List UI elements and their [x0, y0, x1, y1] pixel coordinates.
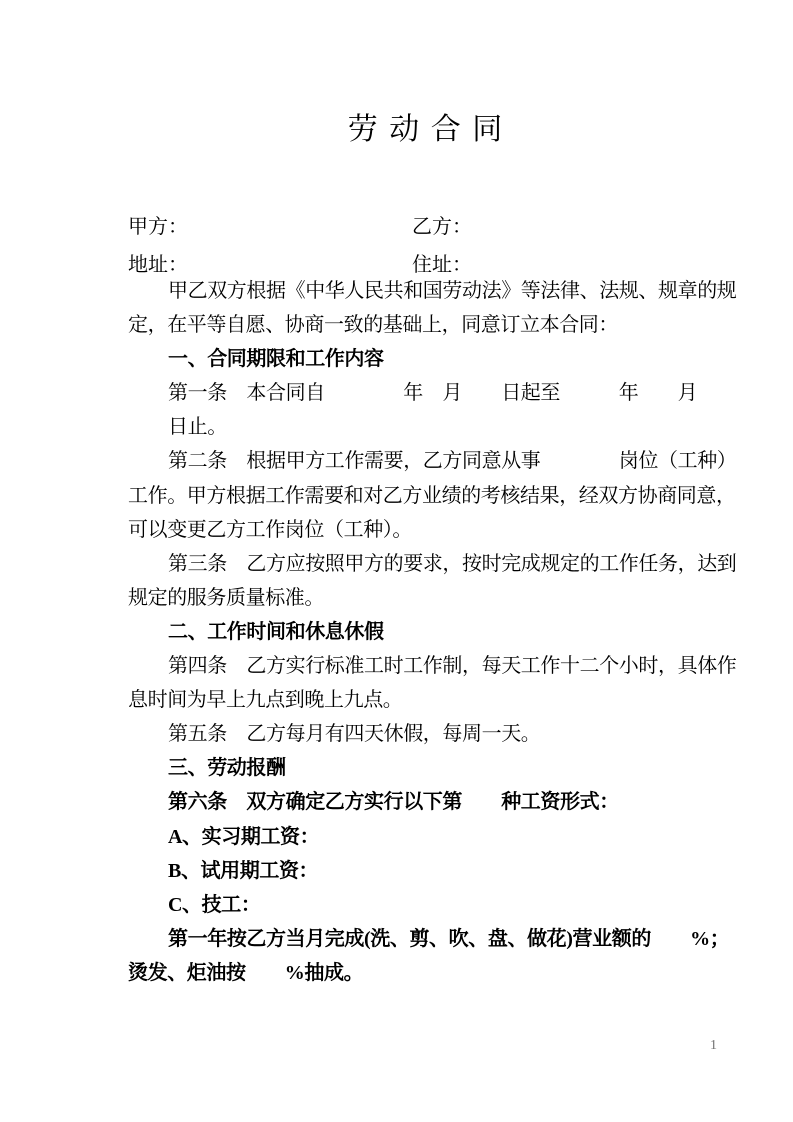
page-number: 1	[710, 1038, 717, 1054]
doc-line: 可以变更乙方工作岗位（工种）。	[128, 513, 768, 547]
document-title: 劳 动 合 同	[128, 110, 724, 150]
doc-line: 息时间为早上九点到晚上九点。	[128, 683, 768, 717]
doc-line: 烫发、炬油按 %抽成。	[128, 956, 768, 990]
clause-5-line: 第五条 乙方每月有四天休假，每周一天。	[128, 717, 768, 751]
wage-item-a: A、实习期工资：	[128, 820, 768, 854]
contract-body: 甲乙双方根据《中华人民共和国劳动法》等法律、法规、规章的规 定，在平等自愿、协商…	[128, 274, 768, 990]
doc-line: 规定的服务质量标准。	[128, 581, 768, 615]
doc-line: 甲乙双方根据《中华人民共和国劳动法》等法律、法规、规章的规	[128, 274, 768, 308]
doc-line: 第一年按乙方当月完成(洗、剪、吹、盘、做花)营业额的 %；	[128, 922, 768, 956]
doc-line: 工作。甲方根据工作需要和对乙方业绩的考核结果，经双方协商同意，	[128, 479, 768, 513]
section-3-heading: 三、劳动报酬	[128, 751, 768, 785]
party-a-address-label: 地址：	[128, 254, 188, 276]
party-b-label: 乙方：	[412, 215, 472, 239]
party-a-label: 甲方：	[128, 216, 188, 238]
section-1-heading: 一、合同期限和工作内容	[128, 342, 768, 376]
clause-4-line: 第四条 乙方实行标准工时工作制，每天工作十二个小时，具体作	[128, 649, 768, 683]
section-2-heading: 二、工作时间和休息休假	[128, 615, 768, 649]
wage-item-b: B、试用期工资：	[128, 854, 768, 888]
party-row: 甲方： 乙方：	[128, 215, 748, 239]
contract-page: 劳 动 合 同 甲方： 乙方： 地址： 住址： 甲乙双方根据《中华人民共和国劳动…	[0, 0, 793, 1122]
clause-6-line: 第六条 双方确定乙方实行以下第 种工资形式：	[128, 785, 768, 819]
doc-line: 日止。	[128, 410, 768, 444]
clause-3-line: 第三条 乙方应按照甲方的要求，按时完成规定的工作任务，达到	[128, 547, 768, 581]
doc-line: 定，在平等自愿、协商一致的基础上，同意订立本合同：	[128, 308, 768, 342]
wage-item-c: C、技工：	[128, 888, 768, 922]
clause-1-line: 第一条 本合同自 年 月 日起至 年 月	[128, 376, 768, 410]
clause-2-line: 第二条 根据甲方工作需要，乙方同意从事 岗位（工种）	[128, 444, 768, 478]
